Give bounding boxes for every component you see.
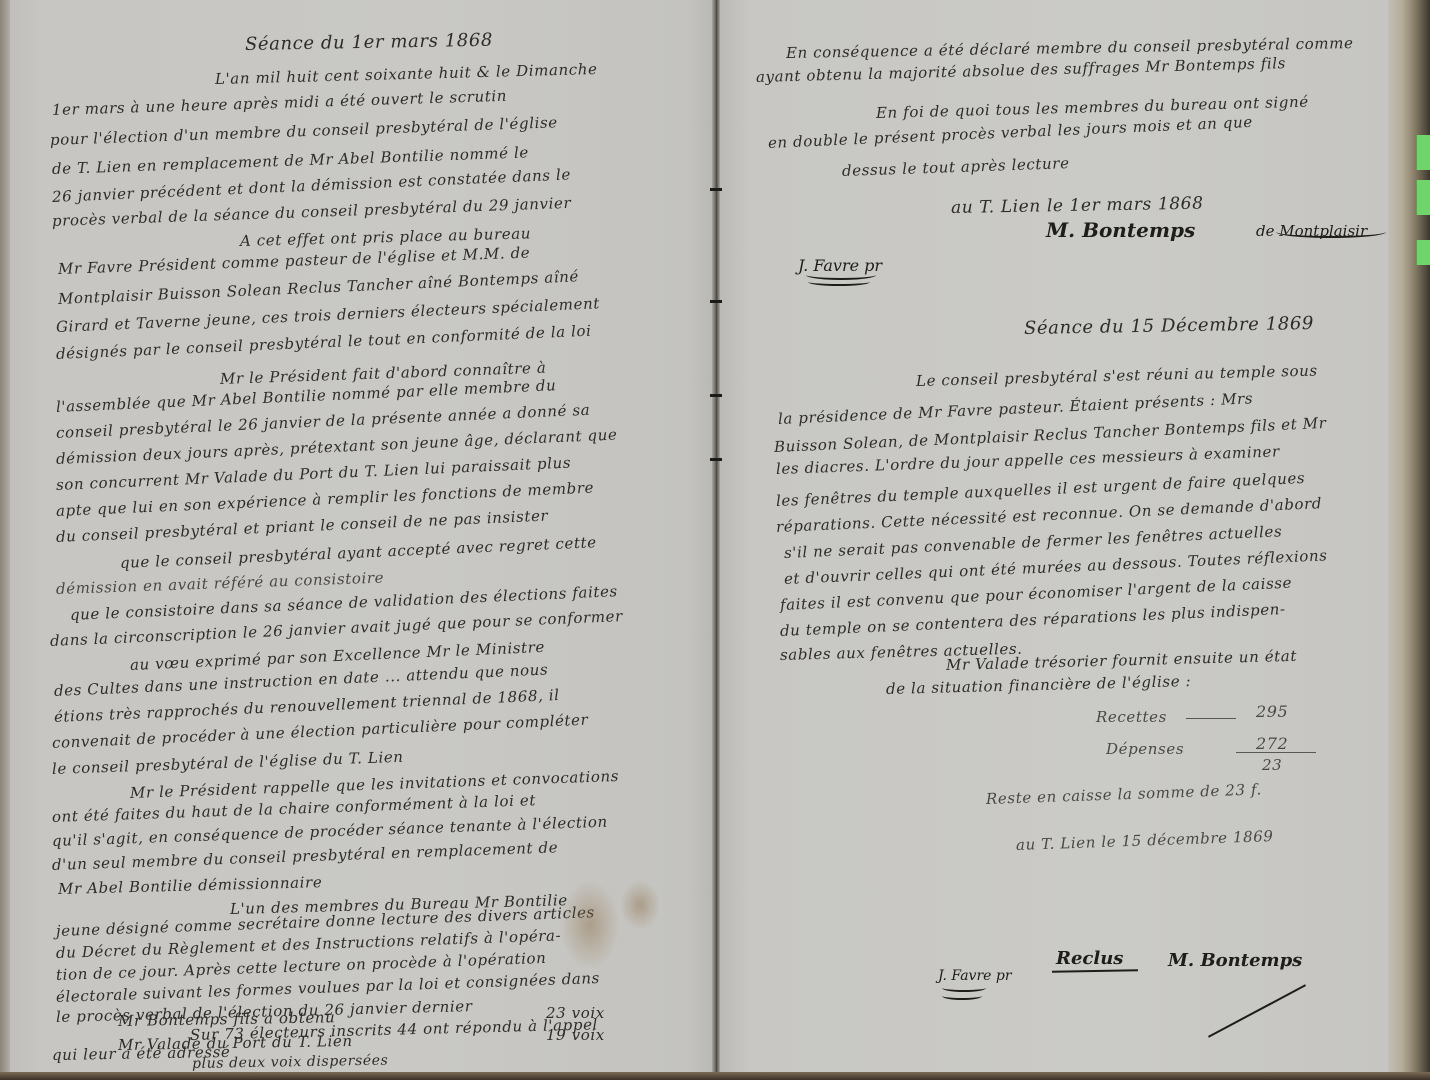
- text-line: Mr Abel Bontilie démissionnaire: [58, 873, 323, 898]
- signature-flourish: [942, 984, 986, 992]
- ink-stain: [620, 880, 660, 930]
- text-line: pour l'élection d'un membre du conseil p…: [50, 113, 558, 149]
- place-date-1868: au T. Lien le 1er mars 1868: [951, 194, 1204, 218]
- ink-stain: [560, 880, 620, 970]
- text-line: le conseil presbytéral de l'église du T.…: [52, 748, 404, 778]
- account-amount-depenses: 272: [1256, 734, 1288, 753]
- binding-stitch: [710, 394, 722, 397]
- leader-line: [1186, 718, 1236, 719]
- text-line: L'an mil huit cent soixante huit & le Di…: [215, 60, 598, 88]
- vote-candidate: plus deux voix dispersées: [192, 1053, 389, 1072]
- book-bottom-edge: [0, 1072, 1430, 1080]
- binding-stitch: [710, 300, 722, 303]
- place-date-1869: au T. Lien le 15 décembre 1869: [1016, 827, 1274, 854]
- signature-reclus: Reclus: [1056, 948, 1123, 969]
- bookmark-tab[interactable]: [1416, 180, 1430, 215]
- binding-stitch: [710, 188, 722, 191]
- text-line: 1er mars à une heure après midi a été ou…: [52, 87, 508, 119]
- bookmark-tab[interactable]: [1416, 135, 1430, 170]
- text-line: de la situation financière de l'église :: [886, 672, 1192, 698]
- binding-stitch: [710, 458, 722, 461]
- account-label-recettes: Recettes: [1096, 708, 1167, 726]
- left-page: Séance du 1er mars 1868 L'an mil huit ce…: [0, 0, 716, 1072]
- text-line: en double le présent procès verbal les j…: [768, 113, 1253, 152]
- signature-bontemps: M. Bontemps: [1168, 950, 1302, 971]
- text-line: dessus le tout après lecture: [842, 154, 1070, 180]
- signature-flourish: [808, 278, 870, 286]
- signature-flourish: [1276, 226, 1386, 238]
- page-edge: [0, 0, 10, 1072]
- signature-flourish: [1208, 984, 1306, 1037]
- text-line: Le conseil presbytéral s'est réuni au te…: [916, 361, 1318, 390]
- session-title-1868: Séance du 1er mars 1868: [245, 30, 493, 55]
- right-page: En conséquence a été déclaré membre du c…: [716, 0, 1388, 1072]
- vote-count: 23 voix: [546, 1004, 605, 1022]
- signature-flourish: [942, 992, 982, 1000]
- balance-line: Reste en caisse la somme de 23 f.: [986, 780, 1263, 808]
- signature-favre: J. Favre pr: [938, 968, 1012, 984]
- open-register-book: Séance du 1er mars 1868 L'an mil huit ce…: [0, 0, 1430, 1080]
- book-gutter: [712, 0, 720, 1080]
- signature-underline: [1052, 969, 1138, 973]
- signature-bontemps: M. Bontemps: [1046, 218, 1195, 242]
- vote-count: 19 voix: [546, 1026, 605, 1044]
- account-amount-recettes: 295: [1256, 702, 1288, 721]
- session-title-1869: Séance du 15 Décembre 1869: [1024, 313, 1314, 339]
- sum-line: [1236, 752, 1316, 753]
- bookmark-tab[interactable]: [1416, 240, 1430, 265]
- vote-candidate: Mr Bontemps fils a obtenu: [118, 1008, 336, 1030]
- account-label-depenses: Dépenses: [1106, 740, 1184, 758]
- account-balance: 23: [1262, 756, 1282, 774]
